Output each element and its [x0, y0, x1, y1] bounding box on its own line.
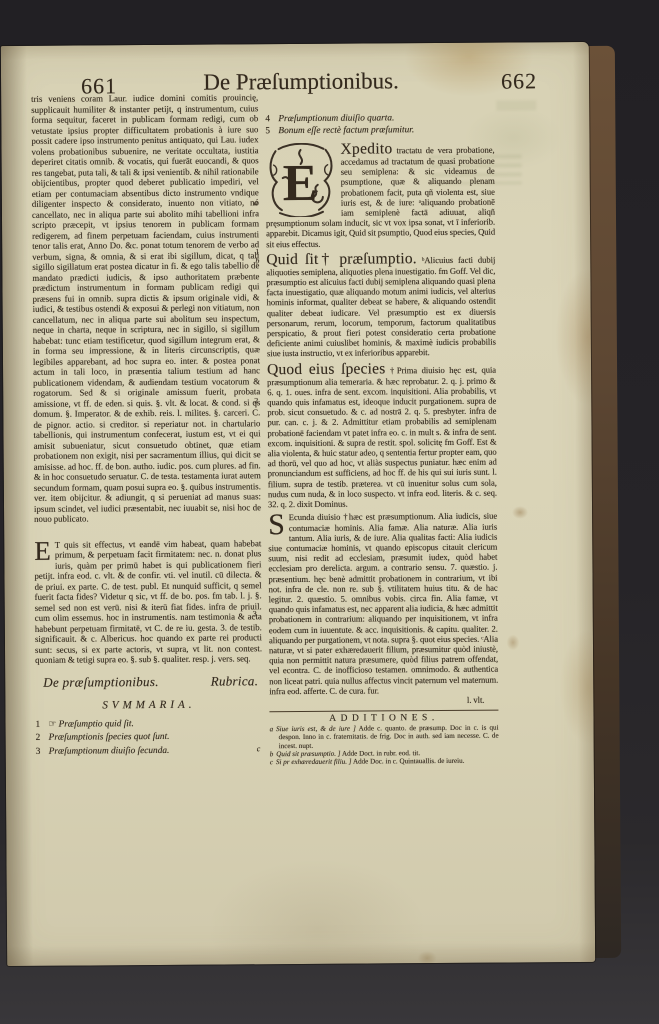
column-662: 4 Præſumptionum diuiſio quarta. 5 Bonum …: [265, 113, 499, 767]
additiones-section: ADDITIONES. aSiue iuris est, & de iure ]…: [269, 710, 498, 767]
book-page-scan: 661 De Præſumptionibus. 662 tris veniens…: [1, 42, 595, 966]
left-paragraph-2: ET quis sit effectus, vt eandē vim habea…: [34, 538, 262, 666]
additiones-entry: cSi pr exhæredauerit filiu. ] Adde Doc. …: [270, 757, 499, 767]
additiones-entry-lemma: Siue iuris est, & de iure ]: [276, 725, 356, 734]
additiones-entry: aSiue iuris est, & de iure ] Adde c. qua…: [270, 724, 499, 750]
margin-mark-c: c: [257, 744, 261, 753]
additiones-entry-lemma: Si pr exhæredauerit filiu. ]: [276, 758, 352, 767]
margin-mark-2: 2: [254, 396, 258, 405]
margin-mark-3: 3: [253, 609, 257, 618]
rubrica-title: De præſumptionibus.: [43, 673, 159, 690]
rubrica-label: Rubrica.: [211, 673, 259, 689]
additiones-entry-text: Adde Doct. in rubr. eod. tit.: [342, 749, 420, 758]
section-quod-eius-species: Quod eius ſpecies †Prima diuisio hęc est…: [267, 360, 497, 509]
summaria-item-number: 1: [35, 718, 48, 732]
summaria-item-label: Præſumptionis ſpecies quot ſunt.: [49, 731, 170, 745]
initial-capital-S: S: [268, 512, 289, 537]
woodcut-initial-E: E: [265, 143, 336, 217]
margin-mark-1: 1: [255, 247, 259, 256]
summaria-item-label: Præſumptionum diuiſio quarta.: [278, 113, 394, 125]
summaria-item-label: Præſumptionum diuiſio ſecunda.: [49, 744, 170, 758]
additiones-entry-lemma: Quid sit præsumptio. ]: [276, 750, 340, 758]
margin-mark-b: b: [255, 256, 259, 265]
additiones-heading: ADDITIONES.: [269, 713, 498, 725]
summaria-item-number: 3: [36, 745, 49, 759]
summaria-item-number: 4: [265, 114, 278, 126]
section-secunda-diuisio-text: Ecunda diuisio †hæc est præsumptionum. A…: [268, 511, 498, 696]
summaria-item-label: Bonum eſſe rectè factum præſumitur.: [278, 125, 414, 137]
xpedito-paragraph: E Xpedito tractatu de vera probatione, a…: [265, 141, 495, 249]
summaria-item: 5 Bonum eſſe rectè factum præſumitur.: [265, 124, 494, 137]
summaria-item-label: Præſumptio quid ſit.: [59, 718, 134, 732]
summaria-heading: SVMMARIA.: [35, 698, 262, 712]
svg-text:E: E: [283, 155, 318, 212]
manicule-icon: ☞: [48, 718, 56, 732]
section-quod-eius-species-text: †Prima diuisio hęc est, quia præsumption…: [267, 364, 497, 509]
section-tail-citation: l. vlt.: [269, 695, 498, 707]
summaria-item: 3 Præſumptionum diuiſio ſecunda.: [36, 744, 263, 759]
summaria-list-continued: 4 Præſumptionum diuiſio quarta. 5 Bonum …: [265, 113, 494, 138]
summaria-item-number: 2: [36, 732, 49, 746]
column-661: tris veniens coram Laur. iudice domini c…: [31, 92, 263, 759]
additiones-entry-text: Adde Doc. in c. Quintauallis. de iureiu.: [353, 757, 465, 766]
section-quid-sit-text: ᵇAlicuius facti dubij aliquoties semiple…: [266, 254, 496, 358]
initial-capital-E: E: [34, 539, 55, 561]
left-paragraph-2-text: T quis sit effectus, vt eandē vim habeat…: [34, 538, 262, 665]
rubrica-heading: De præſumptionibus. Rubrica.: [43, 673, 258, 691]
section-secunda-diuisio: SEcunda diuisio †hæc est præsumptionum. …: [268, 511, 498, 696]
xpedito-first-word: Xpedito: [340, 140, 392, 157]
show-through-smudge: [496, 100, 536, 110]
summaria-list: 1 ☞ Præſumptio quid ſit. 2 Præſumptionis…: [35, 717, 262, 759]
column-number-right: 662: [501, 68, 537, 94]
left-paragraph-1: tris veniens coram Laur. iudice domini c…: [31, 92, 261, 524]
margin-mark-a: a: [254, 198, 258, 207]
section-quid-sit: Quid ſit† præſumptio. ᵇAlicuius facti du…: [266, 250, 496, 358]
summaria-item-number: 5: [265, 126, 278, 138]
